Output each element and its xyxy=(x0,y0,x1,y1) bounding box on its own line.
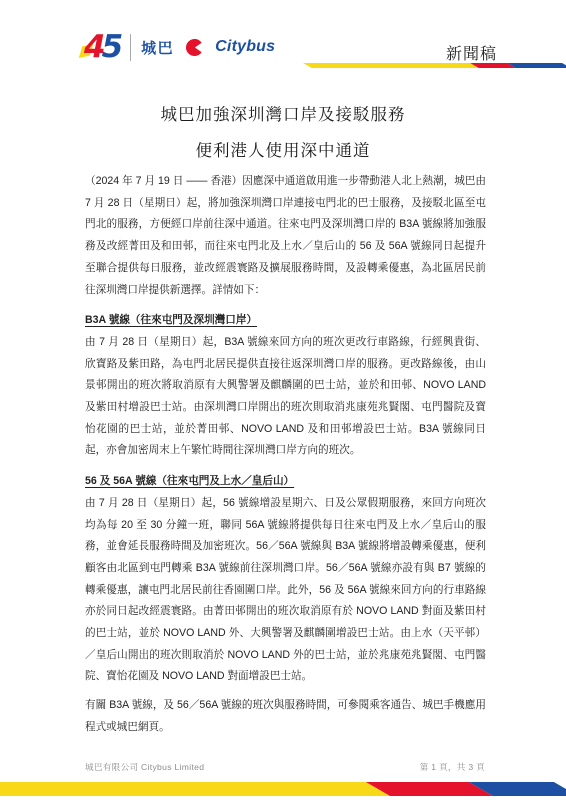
press-title-line2: 便利港人使用深中通道 xyxy=(0,133,566,169)
press-release-page: 45 城巴 Citybus 新聞稿 城巴加強深圳灣口岸及接駁服務 便利港人使用深… xyxy=(0,0,566,800)
section-heading: B3A 號線（往來屯門及深圳灣口岸） xyxy=(85,310,486,332)
body-content: （2024 年 7 月 19 日 —— 香港）因應深中通道啟用進一步帶動港人北上… xyxy=(85,171,486,739)
header-stripe-yellow xyxy=(303,63,478,68)
footer-stripe xyxy=(0,782,566,796)
anniversary-digit-5: 5 xyxy=(102,29,121,65)
press-title-line1: 城巴加強深圳灣口岸及接駁服務 xyxy=(0,97,566,133)
footer-company: 城巴有限公司 Citybus Limited xyxy=(85,761,204,773)
anniversary-45-logo: 45 xyxy=(84,32,120,63)
body-paragraph: 有關 B3A 號線，及 56／56A 號線的班次與服務時間，可參閱乘客通告、城巴… xyxy=(85,695,486,738)
page-footer: 城巴有限公司 Citybus Limited 第 1 頁，共 3 頁 xyxy=(85,761,485,773)
doc-type-label: 新聞稿 xyxy=(446,41,497,64)
press-title: 城巴加強深圳灣口岸及接駁服務 便利港人使用深中通道 xyxy=(0,97,566,169)
header-brand: 45 城巴 Citybus xyxy=(84,28,275,66)
footer-stripe-yellow xyxy=(0,782,390,796)
anniversary-digit-4: 4 xyxy=(84,29,103,65)
header-stripe-blue xyxy=(507,63,566,68)
body-paragraph: 由 7 月 28 日（星期日）起，B3A 號線來回方向的班次更改行車路線，行經興… xyxy=(85,332,486,462)
brand-name-chinese: 城巴 xyxy=(141,37,174,58)
footer-page-number: 第 1 頁，共 3 頁 xyxy=(420,761,485,773)
citybus-c-icon xyxy=(185,38,204,57)
section-heading: 56 及 56A 號線（往來屯門及上水／皇后山） xyxy=(85,471,486,493)
body-paragraph: （2024 年 7 月 19 日 —— 香港）因應深中通道啟用進一步帶動港人北上… xyxy=(85,171,486,301)
header-stripe xyxy=(303,63,566,68)
brand-name-english: Citybus xyxy=(215,38,275,56)
brand-divider xyxy=(130,34,131,61)
body-paragraph: 由 7 月 28 日（星期日）起，56 號線增設星期六、日及公眾假期服務，來回方… xyxy=(85,493,486,688)
